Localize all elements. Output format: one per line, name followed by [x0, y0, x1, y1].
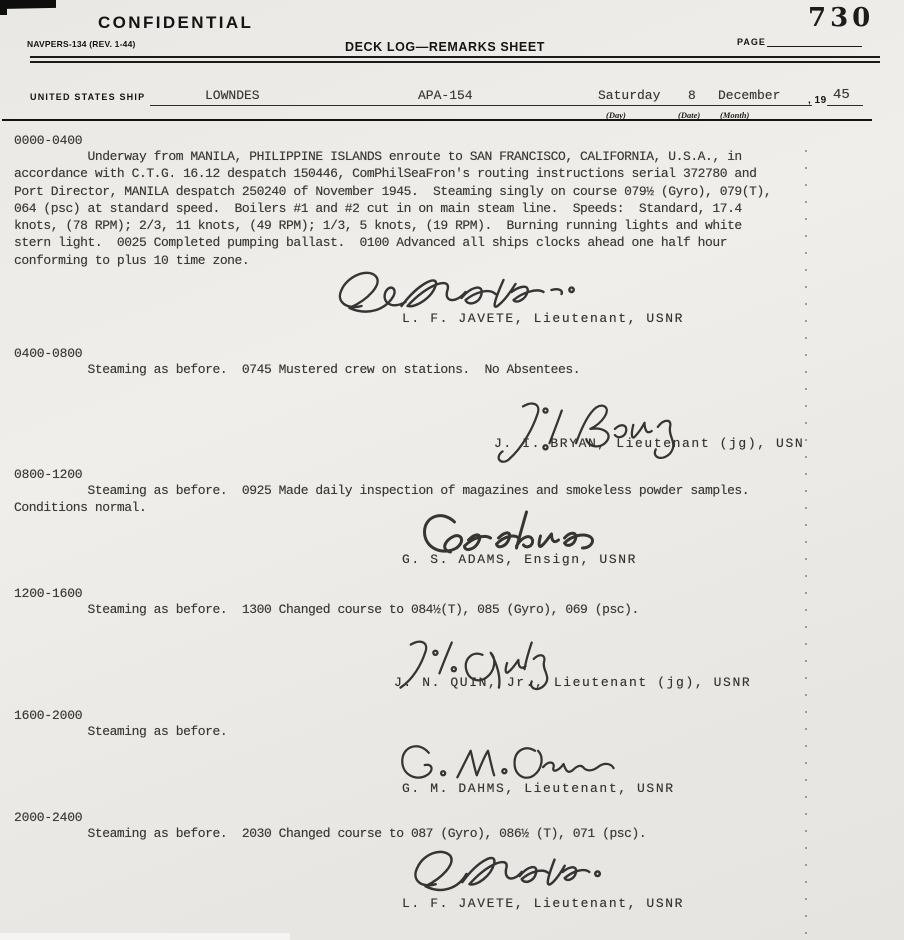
classification-stamp: CONFIDENTIAL [98, 13, 253, 33]
header-bottom-rule [2, 119, 872, 121]
remarks-text: Underway from MANILA, PHILIPPINE ISLANDS… [14, 148, 822, 269]
ship-label: UNITED STATES SHIP [30, 92, 145, 102]
remarks-text: Steaming as before. 0745 Mustered crew o… [14, 361, 822, 378]
header-double-rule [30, 56, 880, 63]
watch-period: 2000-2400 [14, 810, 822, 825]
scan-bottom-edge [0, 933, 290, 940]
remarks-text: Steaming as before. 1300 Changed course … [14, 601, 822, 618]
day-value: Saturday [598, 88, 660, 103]
remarks-text: Steaming as before. 2030 Changed course … [14, 825, 822, 842]
watch-period: 0000-0400 [14, 133, 822, 148]
watch-period: 0800-1200 [14, 467, 822, 482]
signature-name-line: J. I. BRYAN, Lieutenant (jg), USN [494, 436, 804, 451]
signature-name-line: J. N. QUIN, Jr., Lieutenant (jg), USNR [394, 675, 751, 690]
watch-period: 1200-1600 [14, 586, 822, 601]
hull-number-value: APA-154 [418, 88, 473, 103]
watch-period: 0400-0800 [14, 346, 822, 361]
year-underline [827, 105, 863, 106]
log-entry-2000-2400: 2000-2400 Steaming as before. 2030 Chang… [14, 810, 822, 842]
log-entry-0000-0400: 0000-0400 Underway from MANILA, PHILIPPI… [14, 133, 822, 269]
signature-name-line: G. S. ADAMS, Ensign, USNR [402, 552, 637, 567]
watch-period: 1600-2000 [14, 708, 822, 723]
log-entry-0400-0800: 0400-0800 Steaming as before. 0745 Muste… [14, 346, 822, 378]
handwritten-signature-bryan [478, 398, 713, 466]
ship-date-underline [150, 105, 812, 106]
page-number-stamp: 730 [808, 3, 874, 33]
scan-corner-mark [0, 0, 56, 9]
log-entry-1200-1600: 1200-1600 Steaming as before. 1300 Chang… [14, 586, 822, 618]
signature-name-line: G. M. DAHMS, Lieutenant, USNR [402, 781, 675, 796]
month-value: December [718, 88, 780, 103]
signature-name-line: L. F. JAVETE, Lieutenant, USNR [402, 896, 684, 911]
date-value: 8 [688, 88, 696, 103]
deck-log-remarks-sheet: CONFIDENTIAL 730 PAGE NAVPERS-134 (REV. … [0, 0, 904, 940]
signature-name-line: L. F. JAVETE, Lieutenant, USNR [402, 311, 684, 326]
ship-name-value: LOWNDES [205, 88, 260, 103]
scan-corner-notch [0, 0, 7, 15]
year-value: 45 [833, 87, 850, 103]
document-title: DECK LOG—REMARKS SHEET [0, 40, 890, 54]
